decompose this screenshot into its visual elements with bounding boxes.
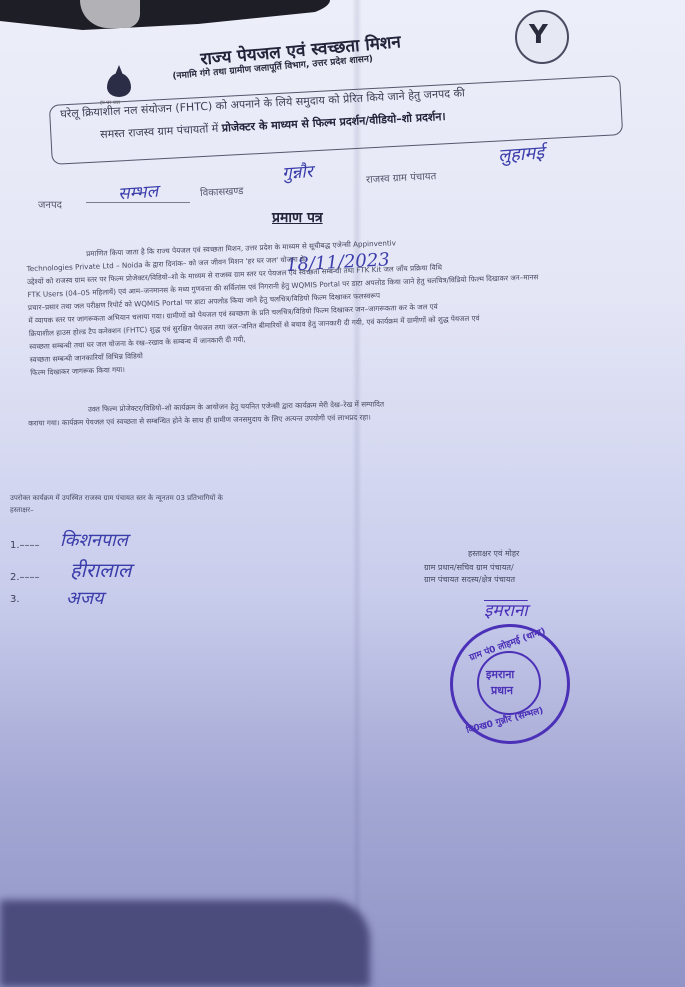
block-value: गुन्नौर (281, 159, 313, 184)
signatory-2-signature: हीरालाल (70, 556, 131, 583)
signatory-3-signature: अजय (66, 586, 104, 610)
signatory-1-signature: किशनपाल (60, 528, 128, 552)
signatories-intro-1: उपरोक्त कार्यक्रम में उपस्थित राजस्व ग्र… (10, 494, 223, 503)
signatory-number: 1.–––– (10, 540, 40, 551)
district-label: जनपद (38, 197, 62, 211)
stamp-inner-name: इमराना (486, 667, 514, 682)
state-emblem-icon: Y (515, 10, 569, 64)
signatories-intro-2: हस्ताक्षर– (10, 506, 34, 515)
stamp-inner-title: प्रधान (491, 683, 513, 698)
pradhan-signature: इमराना (484, 598, 528, 621)
block-label: विकासखण्ड (200, 183, 244, 199)
signatory-number: 2.–––– (10, 572, 40, 583)
signatory-number: 3. (10, 594, 20, 605)
official-stamp: ग्राम पं0 लोहमई (थाना) वि0ख0 गुन्नौर (सम… (450, 624, 570, 744)
certificate-heading: प्रमाण पत्र (272, 208, 323, 227)
district-value: सम्भल (117, 179, 159, 205)
official-designation-1: ग्राम प्रधान/सचिव ग्राम पंचायत/ (424, 562, 514, 573)
village-value: लुहामई (497, 140, 545, 167)
jal-jeevan-mission-logo-icon (107, 73, 131, 97)
shadow-overlay (0, 900, 370, 987)
official-designation-2: ग्राम पंचायत सदस्य/क्षेत्र पंचायत (424, 574, 515, 585)
certificate-body: प्रमाणित किया जाता है कि राज्य पेयजल एवं… (26, 227, 670, 379)
signature-seal-label: हस्ताक्षर एवं मोहर (468, 548, 519, 559)
